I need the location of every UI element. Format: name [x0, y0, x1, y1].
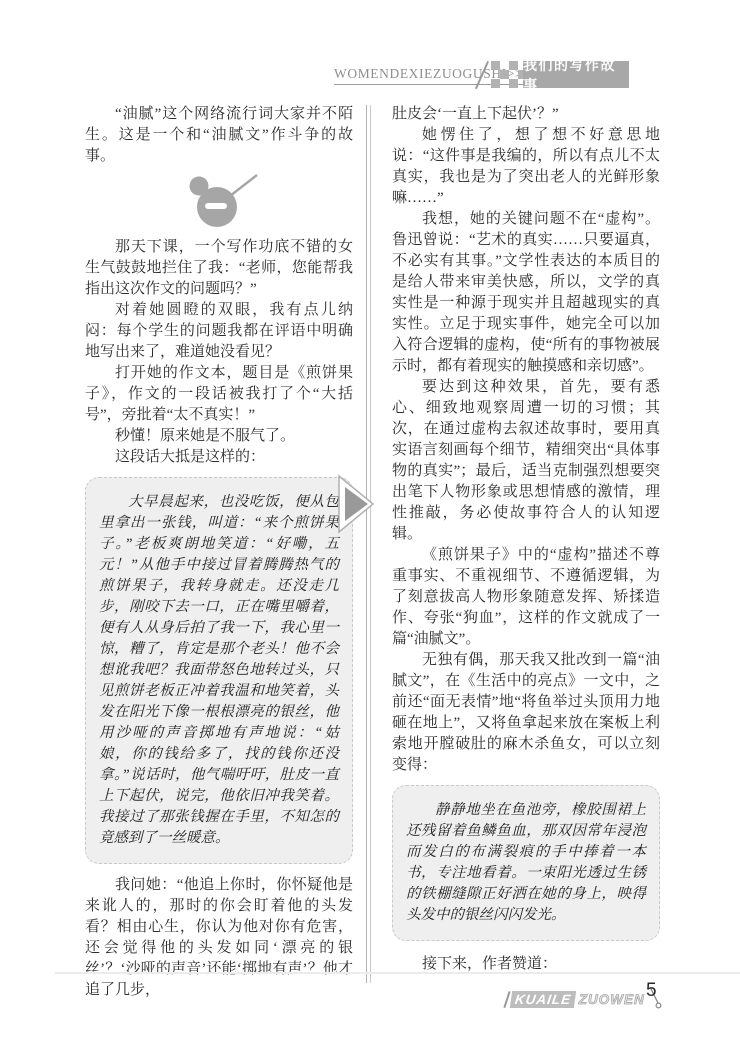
left-column: “油腻”这个网络流行词大家并不陌生。这是一个和“油腻文”作斗争的故事。 那天下课… — [85, 104, 353, 1001]
quote-text: 大早晨起来，也没吃饭，便从包里拿出一张钱，叫道：“来个煎饼果子。”老板爽朗地笑道… — [99, 492, 339, 849]
intro-paragraph: “油腻”这个网络流行词大家并不陌生。这是一个和“油腻文”作斗争的故事。 — [85, 104, 353, 167]
page-number: 5 — [646, 980, 657, 1002]
paragraph: 秒懂！原来她是不服气了。 — [85, 426, 353, 447]
paragraph: 她愣住了，想了想不好意思地说：“这件事是我编的，所以有点儿不太真实，我也是为了突… — [392, 125, 660, 209]
right-column: 肚皮会‘一直上下起伏’？” 她愣住了，想了想不好意思地说：“这件事是我编的，所以… — [392, 104, 660, 975]
footer-brand-zuowen: ZUOWEN — [579, 992, 645, 1007]
paragraph: 那天下课，一个写作功底不错的女生气鼓鼓地拦住了我：“老师，您能帮我指出这次作文的… — [85, 237, 353, 300]
footer-rule — [55, 972, 740, 974]
footer-brand-kuaile: KUAILE — [509, 991, 576, 1008]
paragraph: 《煎饼果子》中的“虚构”描述不尊重事实、不重视细节、不遵循逻辑，为了刻意拔高人物… — [392, 545, 660, 650]
paragraph: 无独有偶，那天我又批改到一篇“油腻文”，在《生活中的亮点》一文中，之前还“面无表… — [392, 650, 660, 776]
quote-box-fish-excerpt: 静静地坐在鱼池旁，橡胶围裙上还残留着鱼鳞鱼血，那双因常年浸泡而发白的布满裂痕的手… — [392, 785, 660, 941]
paragraph: 我问她：“他追上你时，你怀疑他是来讹人的，那时的你会盯着他的头发看？相由心生，你… — [85, 875, 353, 1001]
paragraph: 要达到这种效果，首先，要有悉心、细致地观察周遭一切的习惯；其次，在通过虚构去叙述… — [392, 377, 660, 545]
paragraph: 这段话大抵是这样的： — [85, 447, 353, 468]
quote-box-essay-excerpt: 大早晨起来，也没吃饭，便从包里拿出一张钱，叫道：“来个煎饼果子。”老板爽朗地笑道… — [85, 477, 353, 864]
magazine-page: WOMENDEXIEZUOGUSHI>>> 我们的写作故事 “油腻”这个网络流行… — [0, 0, 740, 1047]
paragraph: 对着她圆瞪的双眼，我有点儿纳闷：每个学生的问题我都在评语中明确地写出来了，难道她… — [85, 300, 353, 363]
column-divider — [366, 105, 371, 983]
column-arrow-icon — [337, 474, 377, 534]
paragraph: 打开她的作文本，题目是《煎饼果子》，作文的一段话被我打了个“大括号”，旁批着“太… — [85, 363, 353, 426]
paragraph: 我想，她的关键问题不在“虚构”。鲁迅曾说：“艺术的真实……只要逼真，不必实有其事… — [392, 209, 660, 377]
footer-slash-mark — [503, 991, 510, 1008]
paragraph: 肚皮会‘一直上下起伏’？” — [392, 104, 660, 125]
section-one-icon — [179, 174, 259, 228]
header-banner: 我们的写作故事 — [523, 61, 629, 88]
footer-brand: KUAILE ZUOWEN — [506, 986, 664, 1012]
quote-text: 静静地坐在鱼池旁，橡胶围裙上还残留着鱼鳞鱼血，那双因常年浸泡而发白的布满裂痕的手… — [406, 800, 646, 926]
